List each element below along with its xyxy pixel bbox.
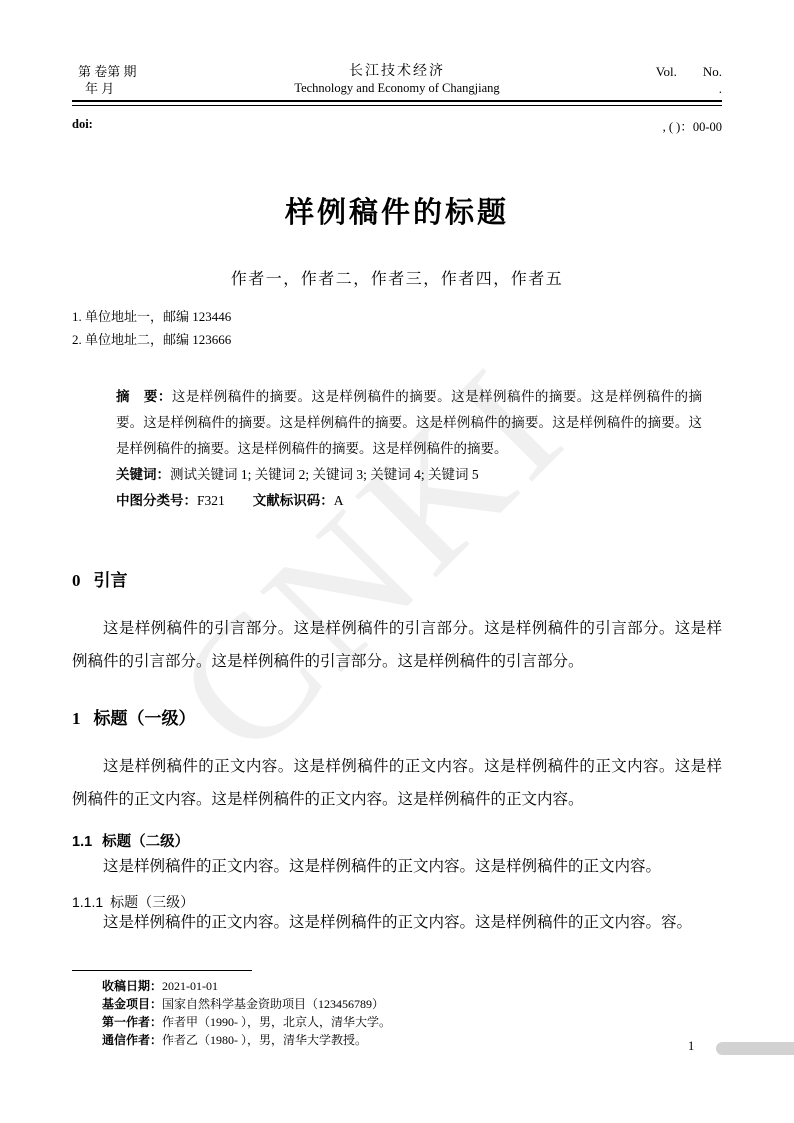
section-number: 1.1 [72,834,92,850]
affiliation-list: 1. 单位地址一，邮编 123446 2. 单位地址二，邮编 123666 [72,305,231,351]
footer-decoration-pill [716,1042,794,1055]
keywords-label: 关键词： [116,467,170,482]
no-label: No. [703,64,722,79]
footnote-label: 通信作者： [102,1033,162,1047]
abstract-block: 摘 要：这是样例稿件的摘要。这是样例稿件的摘要。这是样例稿件的摘要。这是样例稿件… [116,384,702,514]
footnote-rule [72,970,252,971]
section-title: 标题（二级） [102,834,189,850]
affiliation-2: 2. 单位地址二，邮编 123666 [72,328,231,351]
footnote-text: 2021-01-01 [162,979,218,993]
vol-label: Vol. [656,64,677,79]
section-1-1-paragraph: 这是样例稿件的正文内容。这是样例稿件的正文内容。这是样例稿件的正文内容。 [72,850,722,883]
abstract-text: 这是样例稿件的摘要。这是样例稿件的摘要。这是样例稿件的摘要。这是样例稿件的摘要。… [116,389,702,456]
section-1-paragraph: 这是样例稿件的正文内容。这是样例稿件的正文内容。这是样例稿件的正文内容。这是样例… [72,750,722,816]
vol-no-line: Vol.No. [656,63,722,80]
footnote-received-date: 收稿日期：2021-01-01 [102,977,682,995]
footnote-label: 收稿日期： [102,979,162,993]
doc-code-label: 文献标识码： [253,493,334,508]
footnote-label: 基金项目： [102,997,162,1011]
footnote-block: 收稿日期：2021-01-01 基金项目：国家自然科学基金资助项目（123456… [102,977,682,1049]
affiliation-1: 1. 单位地址一，邮编 123446 [72,305,231,328]
author-list: 作者一，作者二，作者三，作者四，作者五 [0,266,794,289]
doc-code-value: A [334,493,344,508]
section-0-paragraph: 这是样例稿件的引言部分。这是样例稿件的引言部分。这是样例稿件的引言部分。这是样例… [72,612,722,678]
abstract-paragraph: 摘 要：这是样例稿件的摘要。这是样例稿件的摘要。这是样例稿件的摘要。这是样例稿件… [116,384,702,462]
footnote-text: 作者甲（1990- ），男，北京人，清华大学。 [162,1015,391,1029]
clc-label: 中图分类号： [116,493,197,508]
keywords-line: 关键词：测试关键词 1; 关键词 2; 关键词 3; 关键词 4; 关键词 5 [116,462,702,488]
section-heading-1: 1标题（一级） [72,704,196,729]
issue-info: , ( )：00-00 [663,117,722,135]
section-title: 引言 [94,571,128,590]
doi-label: doi: [72,117,93,135]
section-number: 1 [72,709,81,728]
page-number: 1 [688,1039,694,1054]
header-vol-no: Vol.No. . [656,63,722,97]
footnote-corresponding-author: 通信作者：作者乙（1980- ），男，清华大学教授。 [102,1031,682,1049]
section-number: 0 [72,571,81,590]
footnote-first-author: 第一作者：作者甲（1990- ），男，北京人，清华大学。 [102,1013,682,1031]
abstract-label: 摘 要： [116,389,172,404]
doi-row: doi: , ( )：00-00 [72,117,722,135]
footnote-label: 第一作者： [102,1015,162,1029]
section-heading-1-1: 1.1标题（二级） [72,830,189,851]
section-heading-0: 0引言 [72,566,128,591]
header-double-rule [72,100,722,106]
section-1-1-1-paragraph: 这是样例稿件的正文内容。这是样例稿件的正文内容。这是样例稿件的正文内容。容。 [72,906,722,939]
page: CNKI 第 卷第 期 年 月 长江技术经济 Technology and Ec… [0,0,794,1123]
cnki-watermark: CNKI [2,192,737,927]
keywords-text: 测试关键词 1; 关键词 2; 关键词 3; 关键词 4; 关键词 5 [170,467,479,482]
article-title: 样例稿件的标题 [0,190,794,231]
classification-line: 中图分类号：F321文献标识码：A [116,488,702,514]
header-right-dot: . [656,80,722,97]
footnote-text: 作者乙（1980- ），男，清华大学教授。 [162,1033,367,1047]
footnote-text: 国家自然科学基金资助项目（123456789） [162,997,384,1011]
section-title: 标题（一级） [94,709,196,728]
clc-value: F321 [197,493,225,508]
footnote-funding: 基金项目：国家自然科学基金资助项目（123456789） [102,995,682,1013]
